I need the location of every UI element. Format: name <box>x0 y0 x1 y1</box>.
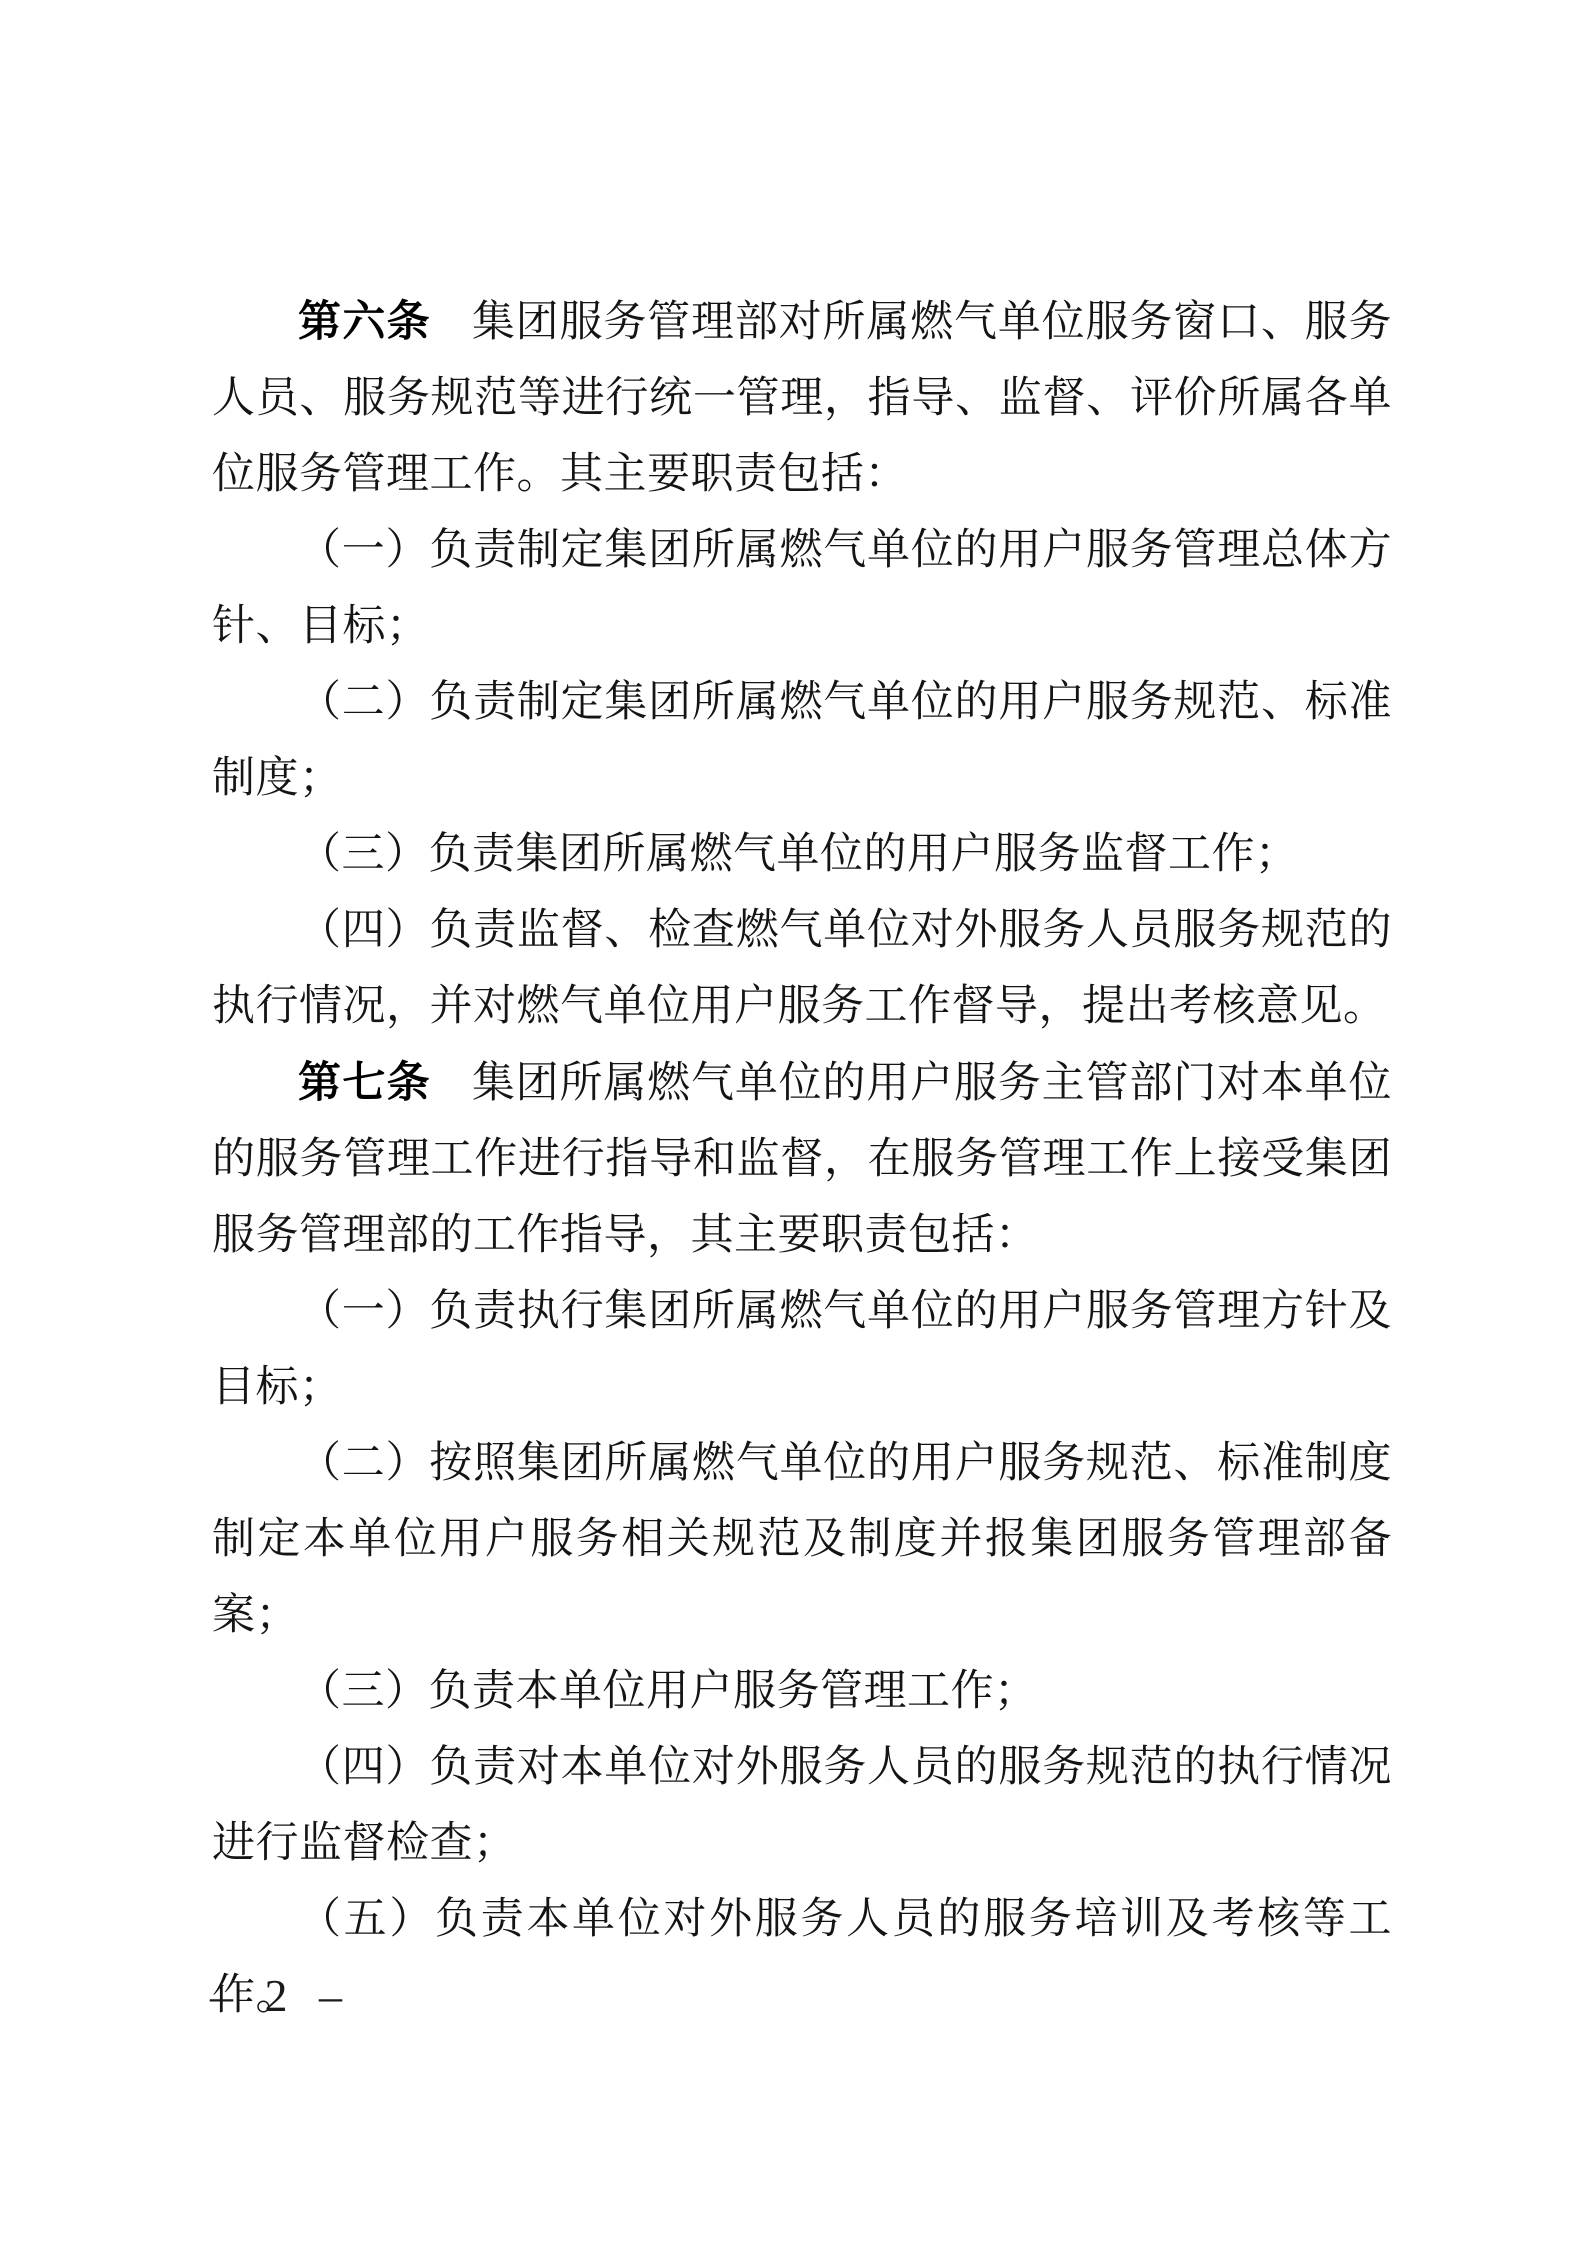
paragraph-text: （三）负责集团所属燃气单位的用户服务监督工作； <box>298 831 1299 878</box>
paragraph: （三）负责集团所属燃气单位的用户服务监督工作； <box>212 817 1392 893</box>
article-number-label: 第七条 <box>298 1059 431 1107</box>
paragraph-text: （二）按照集团所属燃气单位的用户服务规范、标准制度制定本单位用户服务相关规范及制… <box>212 1440 1392 1639</box>
paragraph-text: （二）负责制定集团所属燃气单位的用户服务规范、标准制度； <box>212 679 1392 802</box>
paragraph-text: （五）负责本单位对外服务人员的服务培训及考核等工作。 <box>212 1896 1392 2019</box>
paragraph: （五）负责本单位对外服务人员的服务培训及考核等工作。 <box>212 1882 1392 2034</box>
paragraph: （四）负责监督、检查燃气单位对外服务人员服务规范的执行情况，并对燃气单位用户服务… <box>212 893 1392 1045</box>
paragraph-text: （四）负责对本单位对外服务人员的服务规范的执行情况进行监督检查； <box>212 1744 1392 1867</box>
document-page: 第六条集团服务管理部对所属燃气单位服务窗口、服务人员、服务规范等进行统一管理，指… <box>0 0 1587 2245</box>
paragraph: （三）负责本单位用户服务管理工作； <box>212 1654 1392 1730</box>
document-body: 第六条集团服务管理部对所属燃气单位服务窗口、服务人员、服务规范等进行统一管理，指… <box>212 284 1392 2034</box>
page-number: – 2 – <box>210 1966 352 2026</box>
paragraph: （二）负责制定集团所属燃气单位的用户服务规范、标准制度； <box>212 665 1392 817</box>
paragraph-list: 第六条集团服务管理部对所属燃气单位服务窗口、服务人员、服务规范等进行统一管理，指… <box>212 284 1392 2034</box>
paragraph-text: （四）负责监督、检查燃气单位对外服务人员服务规范的执行情况，并对燃气单位用户服务… <box>212 907 1392 1030</box>
paragraph-text: （一）负责制定集团所属燃气单位的用户服务管理总体方针、目标； <box>212 527 1392 650</box>
paragraph: （一）负责执行集团所属燃气单位的用户服务管理方针及目标； <box>212 1274 1392 1426</box>
paragraph: （四）负责对本单位对外服务人员的服务规范的执行情况进行监督检查； <box>212 1730 1392 1882</box>
paragraph: 第六条集团服务管理部对所属燃气单位服务窗口、服务人员、服务规范等进行统一管理，指… <box>212 284 1392 513</box>
article-number-label: 第六条 <box>298 298 431 346</box>
paragraph: （二）按照集团所属燃气单位的用户服务规范、标准制度制定本单位用户服务相关规范及制… <box>212 1426 1392 1654</box>
paragraph: 第七条集团所属燃气单位的用户服务主管部门对本单位的服务管理工作进行指导和监督，在… <box>212 1045 1392 1274</box>
paragraph: （一）负责制定集团所属燃气单位的用户服务管理总体方针、目标； <box>212 513 1392 665</box>
paragraph-text: （三）负责本单位用户服务管理工作； <box>298 1668 1038 1715</box>
paragraph-text: （一）负责执行集团所属燃气单位的用户服务管理方针及目标； <box>212 1288 1392 1411</box>
